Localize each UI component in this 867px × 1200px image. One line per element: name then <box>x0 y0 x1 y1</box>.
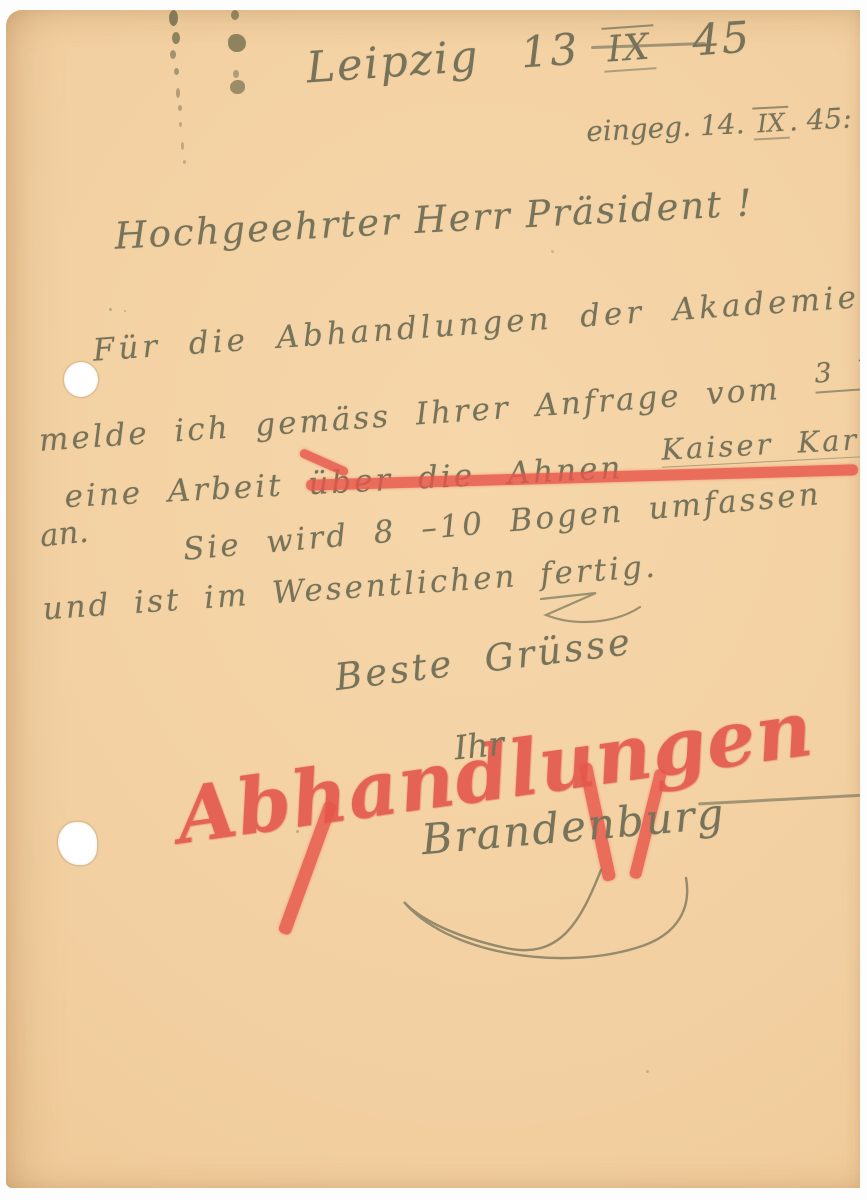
stain-blob <box>230 80 245 94</box>
punch-hole-bottom <box>58 822 97 865</box>
speck <box>646 1070 649 1073</box>
date-city: Leipzig <box>305 32 481 94</box>
stain-blob <box>231 10 239 20</box>
date-day: 13 <box>519 25 581 79</box>
receipt-note: eingeg. 14. IX. 45: 48/45 <box>585 97 860 149</box>
stain-dot <box>174 68 179 75</box>
body-line-3-topic: Kaiser Karls V. <box>660 418 860 468</box>
stain-dot <box>181 142 184 150</box>
receipt-prefix: eingeg. 14. <box>585 107 745 148</box>
speck <box>551 250 554 253</box>
signature-flourish <box>386 860 816 1000</box>
closing: Beste Grüsse <box>332 620 635 699</box>
speck <box>124 310 126 312</box>
stain-blob <box>228 34 246 52</box>
salutation: Hochgeehrter Herr Präsident ! <box>113 181 754 257</box>
punch-hole-top <box>64 362 98 397</box>
date-line: Leipzig 13 IX 45 <box>305 13 753 94</box>
scanned-letter: Leipzig 13 IX 45 eingeg. 14. IX. 45: 48/… <box>0 0 867 1200</box>
speck <box>109 308 112 311</box>
stain-dot <box>178 105 182 111</box>
receipt-suffix: . 45: 48/45 <box>788 97 860 138</box>
stain-dot <box>170 50 176 59</box>
stain-blob <box>233 70 239 78</box>
signature-pre: Ihr <box>452 723 506 767</box>
date-year: 45 <box>691 13 753 67</box>
receipt-month: IX <box>752 106 789 141</box>
body-line-1: Für die Abhandlungen der Akademie <box>92 279 860 369</box>
body-line-2-date: 3 VIII <box>813 351 860 393</box>
stain-dot <box>176 88 180 98</box>
letter-paper: Leipzig 13 IX 45 eingeg. 14. IX. 45: 48/… <box>6 10 860 1188</box>
stain-dot <box>172 32 180 44</box>
date-month: IX <box>602 24 657 73</box>
stain-dot <box>169 10 178 26</box>
body-line-4: an. <box>38 514 90 555</box>
stain-dot <box>179 122 182 127</box>
stain-dot <box>183 160 186 164</box>
